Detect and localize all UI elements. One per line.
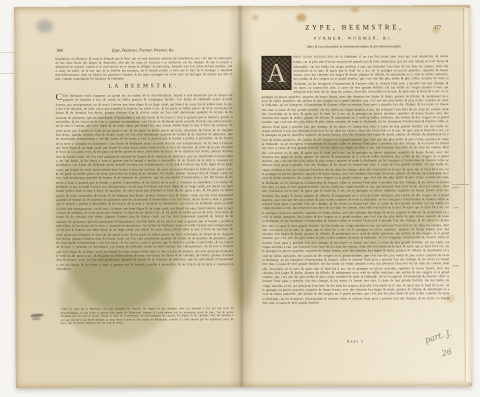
left-running-head: Zype, Beemster, Purmer, Wormer, &c. — [54, 47, 232, 53]
right-signature-mark: Kkkk 2 — [261, 339, 451, 344]
foxing-spot — [296, 14, 306, 22]
right-title-line2: PVRMER, WORMER, &c. — [259, 35, 449, 41]
paper-sheet: 380 Zype, Beemster, Purmer, Wormer, &c. … — [14, 5, 472, 388]
left-intro-paragraph: inondation, en Flandres, & toute la Zela… — [55, 56, 232, 81]
right-sidenote-1: d'un Esté pour estre achevée. — [452, 184, 472, 190]
right-body-text: APres aussi desseichez de la Hollande, i… — [261, 54, 449, 339]
margin-ink-smudge — [32, 318, 41, 320]
right-page-number: 377 — [433, 25, 441, 31]
faint-stamp — [36, 20, 53, 33]
foxing-spot — [351, 7, 359, 12]
left-body-text: CEtte Beemstre estoit n'agueres un grand… — [56, 93, 234, 304]
right-body-filler: On luy bailla six vingts moulins à eau, … — [262, 64, 450, 305]
pencil-inscription-line2: 26 — [441, 347, 453, 358]
right-sidenote-2: S. Jean. — [452, 207, 472, 210]
left-intro-text: inondation, en Flandres, & toute la Zela… — [55, 56, 232, 81]
left-section-heading: LA BEEMSTRE. — [55, 83, 233, 90]
woodcut-initial-letter: A — [261, 57, 291, 89]
right-subtitle: Mers & Lacs desséchés & maintenant habit… — [259, 44, 449, 49]
margin-ink-smudge — [30, 313, 43, 317]
right-opening-smallcaps: Pres aussi desseichez — [293, 56, 334, 59]
right-sidenote-3: durable. — [452, 265, 472, 268]
left-running-head-row: 380 Zype, Beemster, Purmer, Wormer, &c. — [54, 47, 232, 55]
woodcut-initial-A: A — [261, 56, 291, 90]
left-footnote-text: Voyez la carte de la Beemstre, où sont m… — [60, 307, 233, 325]
left-drop-cap: C — [56, 94, 63, 102]
left-footnote-block: Voyez la carte de la Beemstre, où sont m… — [60, 307, 233, 334]
right-title-line1: ZYPE, BEEMSTRE, — [259, 23, 449, 32]
left-body-filler: Les Estats de Hollande ayans accordé l'o… — [56, 97, 234, 271]
page-fore-edge-strip — [464, 8, 472, 382]
scanned-book-spread: 380 Zype, Beemster, Purmer, Wormer, &c. … — [0, 0, 480, 397]
